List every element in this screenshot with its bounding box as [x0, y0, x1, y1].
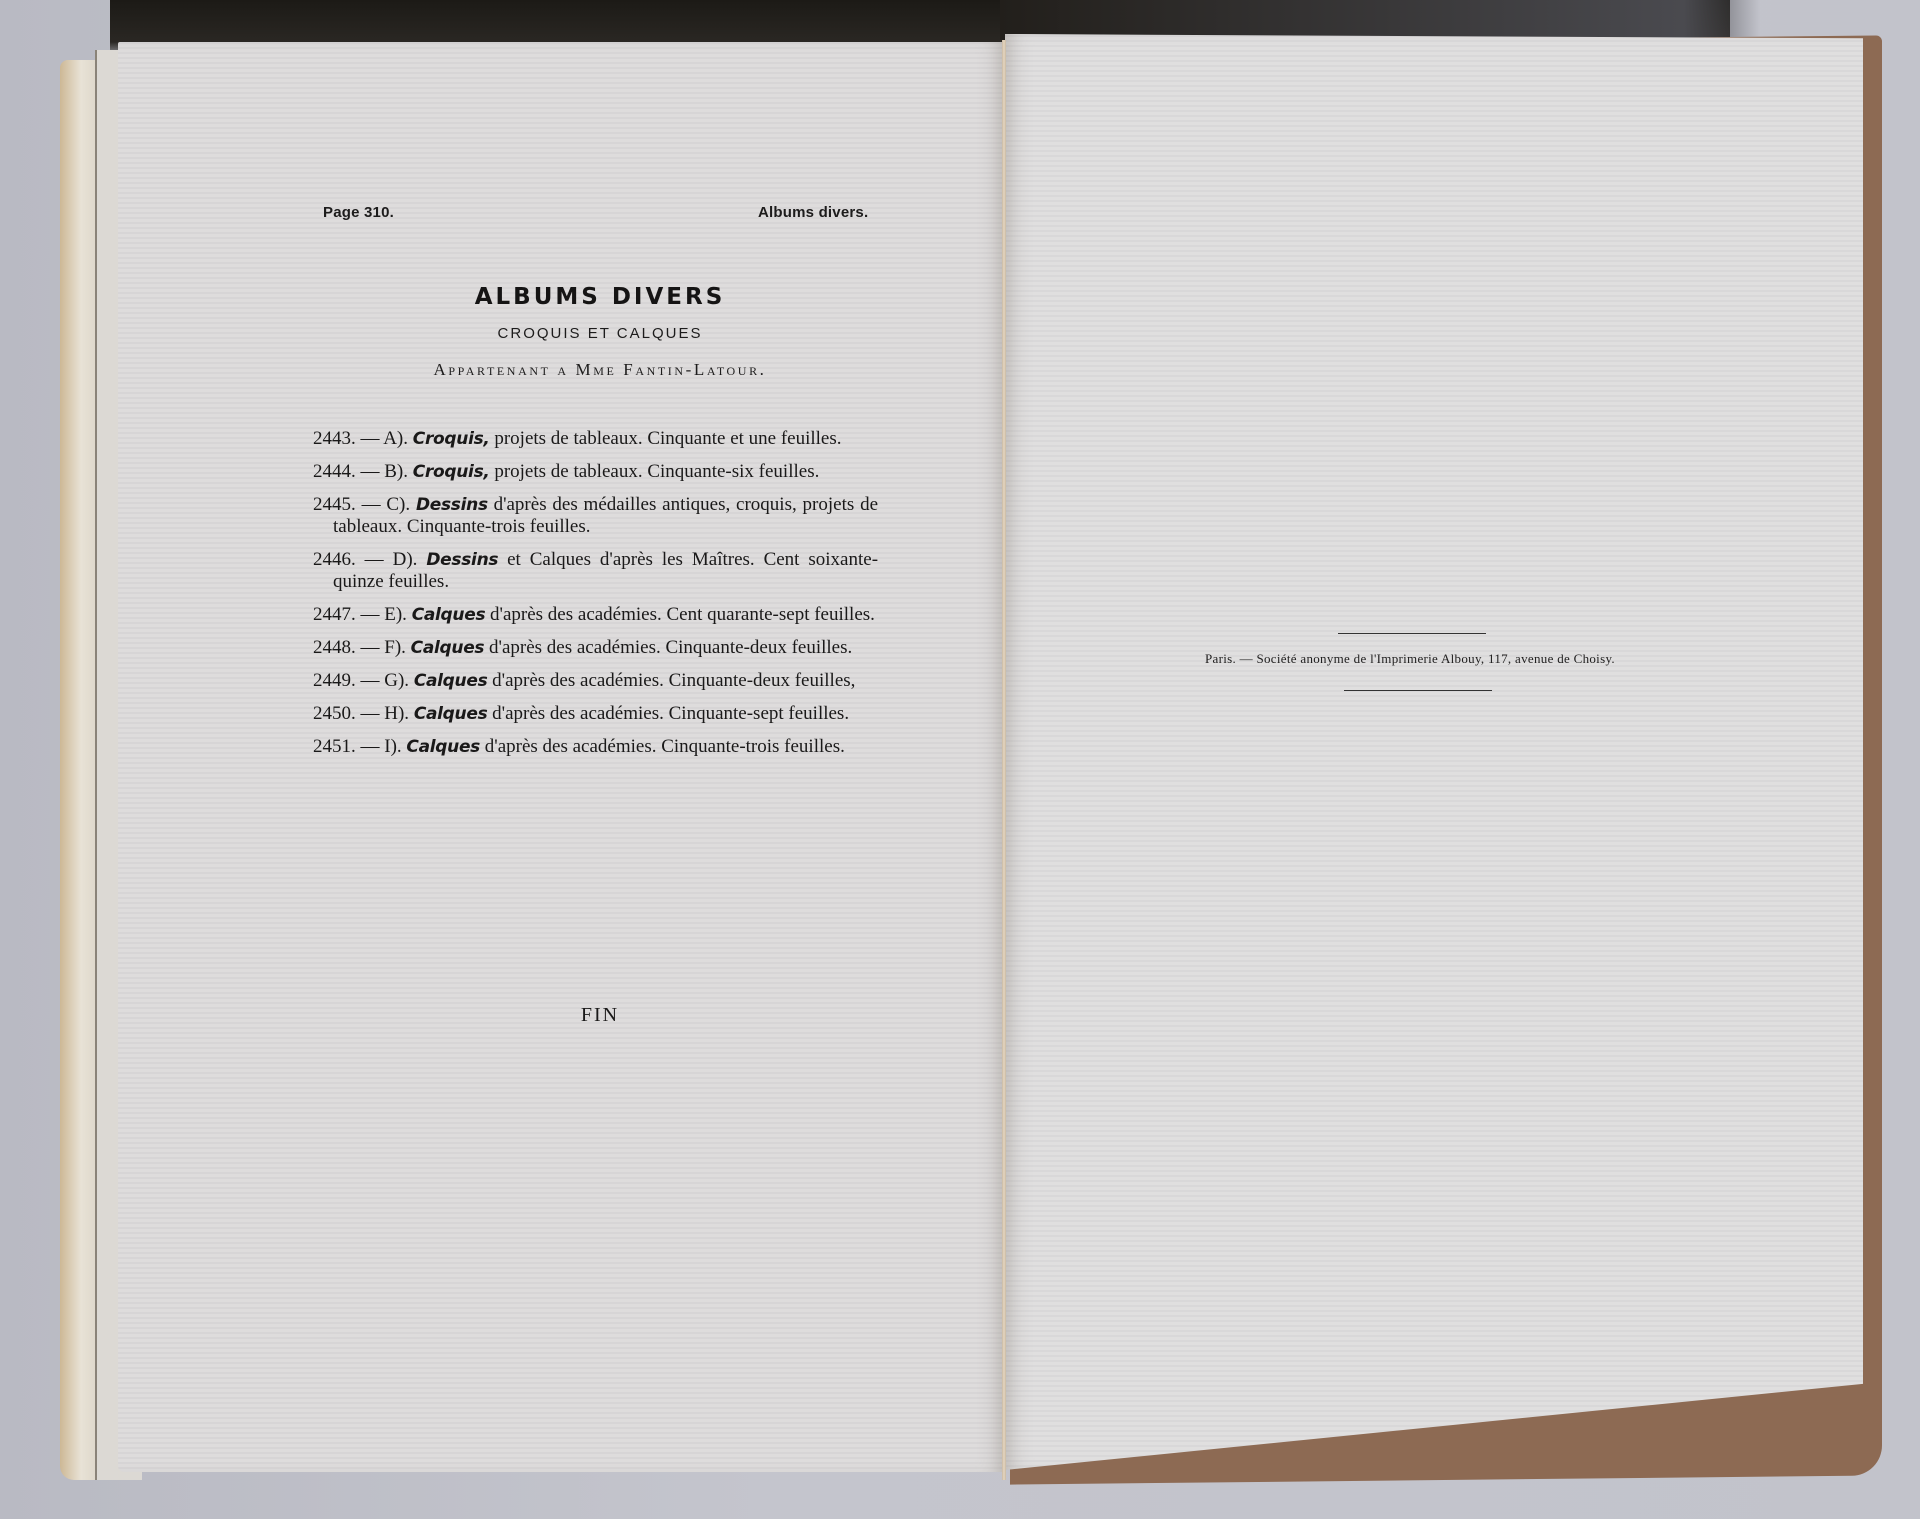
right-page: [1005, 34, 1863, 1470]
catalogue-entry: 2445. — C). Dessins d'après des médaille…: [313, 494, 878, 538]
running-head-page-number: Page 310.: [323, 204, 394, 221]
catalogue-entry: 2444. — B). Croquis, projets de tableaux…: [313, 461, 878, 483]
book-spine: [1002, 40, 1006, 1480]
end-mark: FIN: [500, 1004, 700, 1027]
rule-bottom: [1344, 690, 1492, 691]
owner-line: Appartenant a Mme Fantin-Latour.: [300, 360, 900, 380]
printer-imprint: Paris. — Société anonyme de l'Imprimerie…: [1150, 651, 1670, 667]
section-subtitle: CROQUIS ET CALQUES: [300, 325, 900, 342]
catalogue-entry: 2450. — H). Calques d'après des académie…: [313, 703, 878, 725]
catalogue-entry: 2443. — A). Croquis, projets de tableaux…: [313, 428, 878, 450]
background-shadow-right: [1000, 0, 1760, 40]
rule-top: [1338, 633, 1486, 634]
catalogue-entry: 2449. — G). Calques d'après des académie…: [313, 670, 878, 692]
section-title: ALBUMS DIVERS: [300, 284, 900, 310]
catalogue-entry: 2446. — D). Dessins et Calques d'après l…: [313, 549, 878, 593]
catalogue-entry: 2451. — I). Calques d'après des académie…: [313, 736, 878, 758]
catalogue-entry: 2447. — E). Calques d'après des académie…: [313, 604, 878, 626]
running-head-section: Albums divers.: [758, 204, 868, 221]
catalogue-entry: 2448. — F). Calques d'après des académie…: [313, 637, 878, 659]
catalogue-entries: 2443. — A). Croquis, projets de tableaux…: [313, 428, 878, 769]
